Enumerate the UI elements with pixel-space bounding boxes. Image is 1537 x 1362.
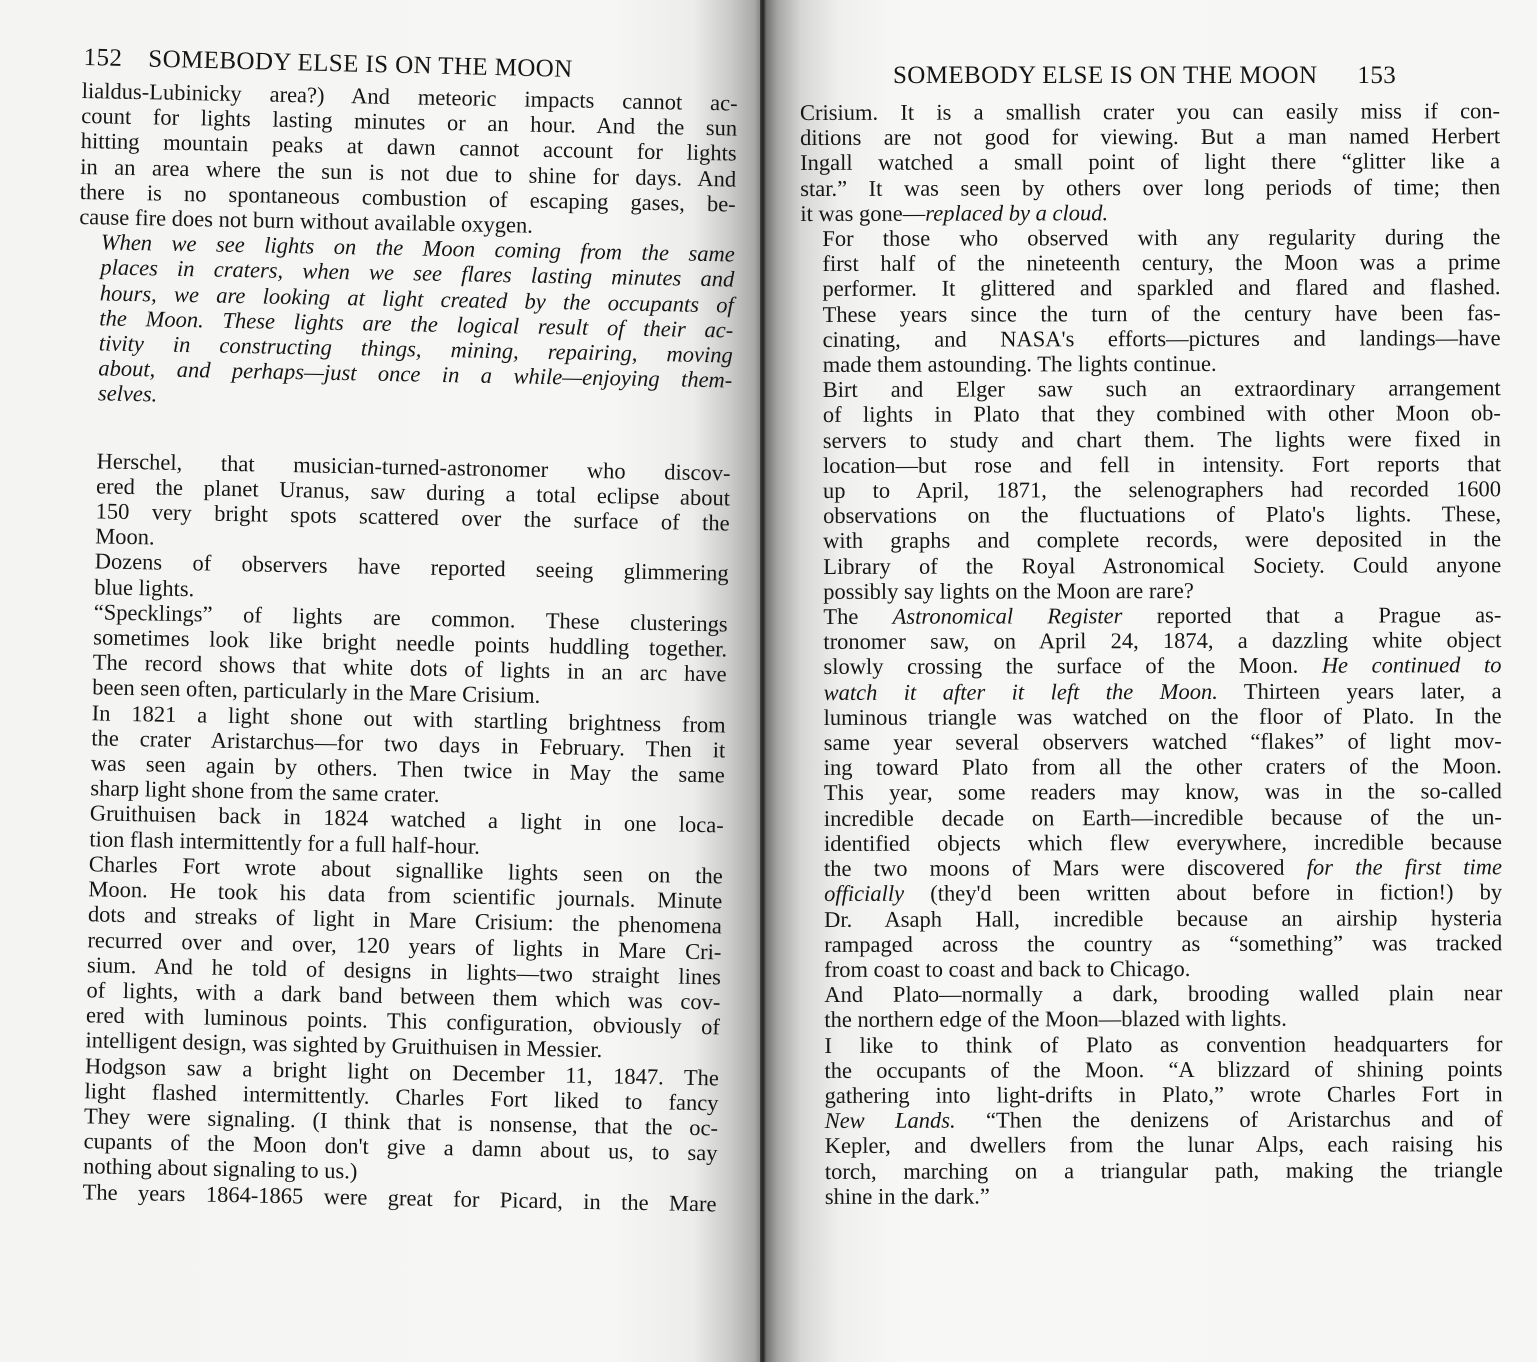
text-line: Kepler, and dwellers from the lunar Alps… (803, 1131, 1503, 1158)
text-line: the northern edge of the Moon—blazed wit… (802, 1005, 1502, 1032)
right-running-head: SOMEBODY ELSE IS ON THE MOON153 (893, 62, 1396, 90)
text-line: ditions are not good for viewing. But a … (800, 123, 1500, 150)
text-line: of lights in Plato that they combined wi… (801, 401, 1501, 428)
text-line: first half of the nineteenth century, th… (800, 249, 1500, 276)
text-line: location—but rose and fell in intensity.… (801, 451, 1501, 478)
right-page: SOMEBODY ELSE IS ON THE MOON153 Crisium.… (762, 0, 1537, 1362)
text-line: ing toward Plato from all the other crat… (802, 753, 1502, 780)
text-line: For those who observed with any regulari… (800, 224, 1500, 251)
text-line: from coast to coast and back to Chicago. (802, 955, 1502, 982)
right-page-body: Crisium. It is a smallish crater you can… (800, 98, 1503, 1209)
paragraph: When we see lights on the Moon coming fr… (76, 229, 735, 418)
paragraph: Hodgson saw a bright light on December 1… (61, 1052, 719, 1191)
text-line: luminous triangle was watched on the flo… (802, 703, 1502, 730)
text-line: These years since the turn of the centur… (801, 300, 1501, 327)
left-page-body: lialdus-Lubinicky area?) And meteoric im… (60, 78, 737, 1216)
paragraph: I like to think of Plato as convention h… (802, 1031, 1502, 1209)
text-line: performer. It glittered and sparkled and… (800, 275, 1500, 302)
text-line: identified objects which flew everywhere… (802, 829, 1502, 856)
paragraph: And Plato—normally a dark, brooding wall… (802, 980, 1502, 1032)
text-line: Birt and Elger saw such an extraordinary… (801, 375, 1501, 402)
running-head-title: SOMEBODY ELSE IS ON THE MOON (148, 46, 573, 83)
text-line: cinating, and NASA's efforts—pictures an… (801, 325, 1501, 352)
paragraph: Birt and Elger saw such an extraordinary… (801, 375, 1502, 604)
text-line: officially (they'd been written about be… (802, 879, 1502, 906)
book-spread: 152SOMEBODY ELSE IS ON THE MOON lialdus-… (0, 0, 1537, 1362)
text-line: tronomer saw, on April 24, 1874, a dazzl… (801, 627, 1501, 654)
text-line: This year, some readers may know, was in… (802, 779, 1502, 806)
running-head-title: SOMEBODY ELSE IS ON THE MOON (893, 62, 1317, 89)
paragraph: Crisium. It is a smallish crater you can… (800, 98, 1500, 226)
text-line: the two moons of Mars were discovered fo… (802, 854, 1502, 881)
text-line: made them astounding. The lights continu… (801, 350, 1501, 377)
text-line: shine in the dark.” (803, 1182, 1503, 1209)
paragraph: Herschel, that musician-turned-astronome… (73, 448, 731, 561)
text-line: incredible decade on Earth—incredible be… (802, 804, 1502, 831)
paragraph: “Specklings” of lights are common. These… (70, 599, 728, 712)
text-line: servers to study and chart them. The lig… (801, 426, 1501, 453)
left-page: 152SOMEBODY ELSE IS ON THE MOON lialdus-… (0, 0, 762, 1362)
book-gutter (760, 0, 766, 1362)
text-line: New Lands. “Then the denizens of Aristar… (803, 1106, 1503, 1133)
paragraph: lialdus-Lubinicky area?) And meteoric im… (79, 78, 738, 242)
text-line: it was gone—replaced by a cloud. (800, 199, 1500, 226)
text-line: same year several observers watched “fla… (802, 728, 1502, 755)
text-line: Crisium. It is a smallish crater you can… (800, 98, 1500, 125)
paragraph: Charles Fort wrote about signallike ligh… (63, 851, 723, 1065)
text-line: observations on the fluctuations of Plat… (801, 501, 1501, 528)
text-line: gathering into light-drifts in Plato,” w… (803, 1081, 1503, 1108)
text-line: with graphs and complete records, were d… (801, 527, 1501, 554)
paragraph: The Astronomical Register reported that … (801, 602, 1502, 982)
text-line: Dr. Asaph Hall, incredible because an ai… (802, 905, 1502, 932)
text-line: possibly say lights on the Moon are rare… (801, 577, 1501, 604)
text-line: I like to think of Plato as convention h… (802, 1031, 1502, 1058)
text-line: And Plato—normally a dark, brooding wall… (802, 980, 1502, 1007)
text-line: Library of the Royal Astronomical Societ… (801, 552, 1501, 579)
text-line: the occupants of the Moon. “A blizzard o… (803, 1056, 1503, 1083)
text-line: torch, marching on a triangular path, ma… (803, 1157, 1503, 1184)
page-number: 153 (1357, 62, 1396, 90)
text-line: up to April, 1871, the selenographers ha… (801, 476, 1501, 503)
text-line: star.” It was seen by others over long p… (800, 174, 1500, 201)
left-running-head: 152SOMEBODY ELSE IS ON THE MOON (83, 44, 573, 84)
text-line: slowly crossing the surface of the Moon.… (801, 653, 1501, 680)
text-line: rampaged across the country as “somethin… (802, 930, 1502, 957)
text-line: The Astronomical Register reported that … (801, 602, 1501, 629)
page-number: 152 (83, 44, 122, 73)
paragraph: For those who observed with any regulari… (800, 224, 1500, 377)
text-line: watch it after it left the Moon. Thirtee… (802, 678, 1502, 705)
paragraph: In 1821 a light shone out with startling… (68, 700, 726, 813)
text-line: Ingall watched a small point of light th… (800, 149, 1500, 176)
